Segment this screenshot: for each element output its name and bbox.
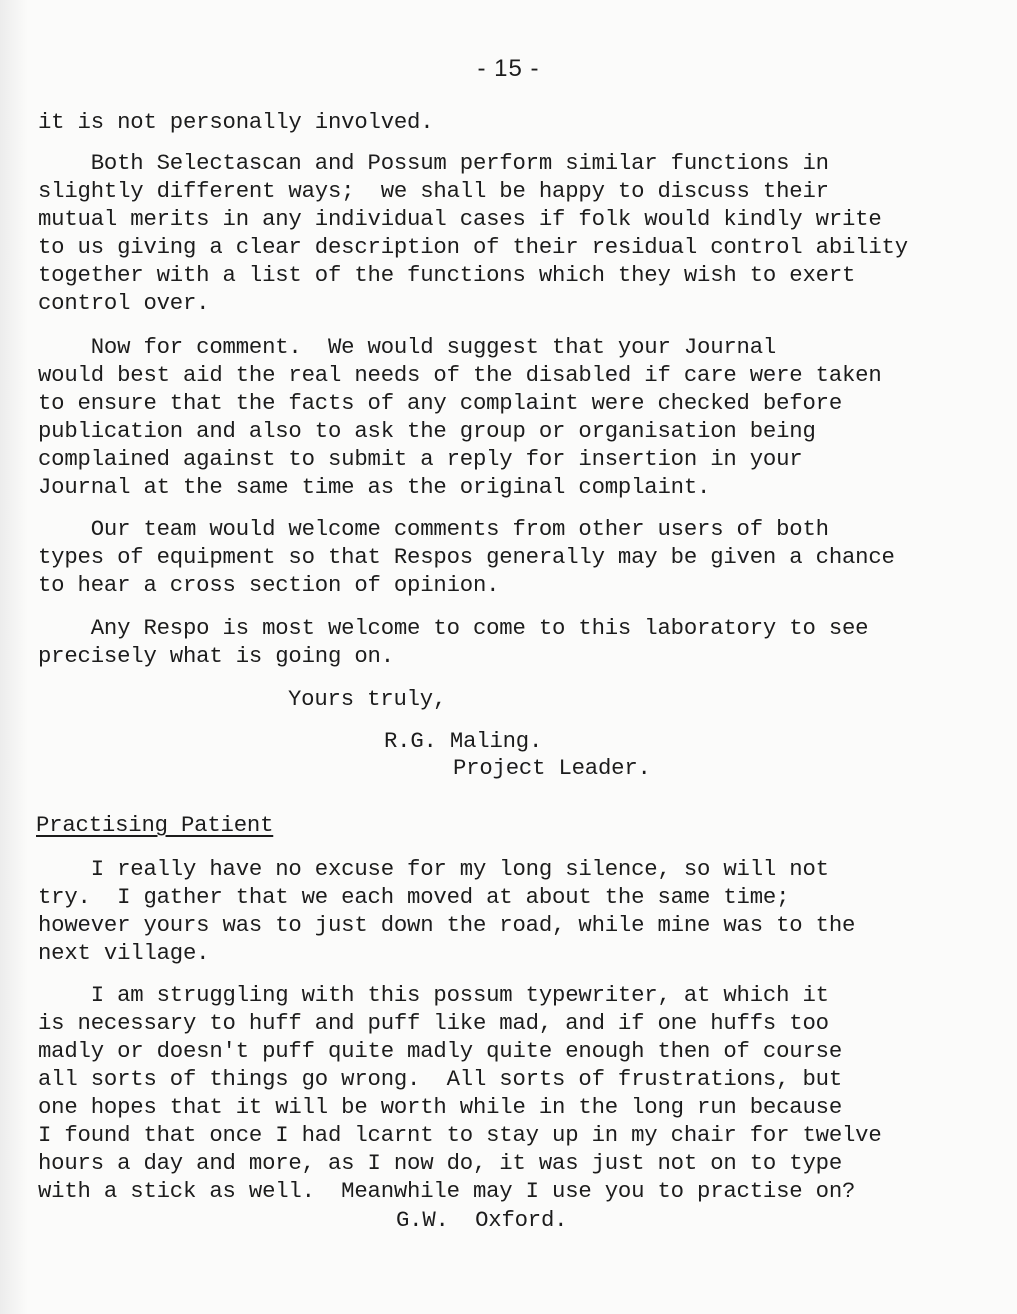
text-line: madly or doesn't puff quite madly quite … [38, 1037, 842, 1065]
text-line: Our team would welcome comments from oth… [38, 515, 829, 543]
opening-line: it is not personally involved. [38, 108, 433, 136]
text-line: I really have no excuse for my long sile… [38, 855, 829, 883]
signature-title: Project Leader. [453, 754, 651, 782]
text-line: Now for comment. We would suggest that y… [38, 333, 776, 361]
text-line: complained against to submit a reply for… [38, 445, 802, 473]
text-line: mutual merits in any individual cases if… [38, 205, 882, 233]
text-line: to hear a cross section of opinion. [38, 571, 499, 599]
signature-name: G.W. Oxford. [396, 1206, 567, 1234]
text-line: to ensure that the facts of any complain… [38, 389, 842, 417]
text-line: types of equipment so that Respos genera… [38, 543, 895, 571]
signature-name: R.G. Maling. [384, 727, 542, 755]
text-line: with a stick as well. Meanwhile may I us… [38, 1177, 855, 1205]
text-line: one hopes that it will be worth while in… [38, 1093, 842, 1121]
text-line: I found that once I had lcarnt to stay u… [38, 1121, 882, 1149]
text-line: precisely what is going on. [38, 642, 394, 670]
text-line: Journal at the same time as the original… [38, 473, 710, 501]
text-line: try. I gather that we each moved at abou… [38, 883, 789, 911]
text-line: I am struggling with this possum typewri… [38, 981, 829, 1009]
text-line: would best aid the real needs of the dis… [38, 361, 882, 389]
text-line: next village. [38, 939, 209, 967]
page-number: - 15 - [0, 55, 1017, 83]
text-line: Both Selectascan and Possum perform simi… [38, 149, 829, 177]
text-line: control over. [38, 289, 209, 317]
text-line: together with a list of the functions wh… [38, 261, 855, 289]
text-line: however yours was to just down the road,… [38, 911, 855, 939]
closing-salutation: Yours truly, [288, 685, 446, 713]
text-line: to us giving a clear description of thei… [38, 233, 908, 261]
text-line: is necessary to huff and puff like mad, … [38, 1009, 829, 1037]
page-edge-shadow [0, 0, 28, 1314]
text-line: Any Respo is most welcome to come to thi… [38, 614, 868, 642]
text-line: publication and also to ask the group or… [38, 417, 816, 445]
text-line: hours a day and more, as I now do, it wa… [38, 1149, 842, 1177]
text-line: slightly different ways; we shall be hap… [38, 177, 829, 205]
section-heading: Practising Patient [36, 811, 273, 839]
text-line: all sorts of things go wrong. All sorts … [38, 1065, 842, 1093]
